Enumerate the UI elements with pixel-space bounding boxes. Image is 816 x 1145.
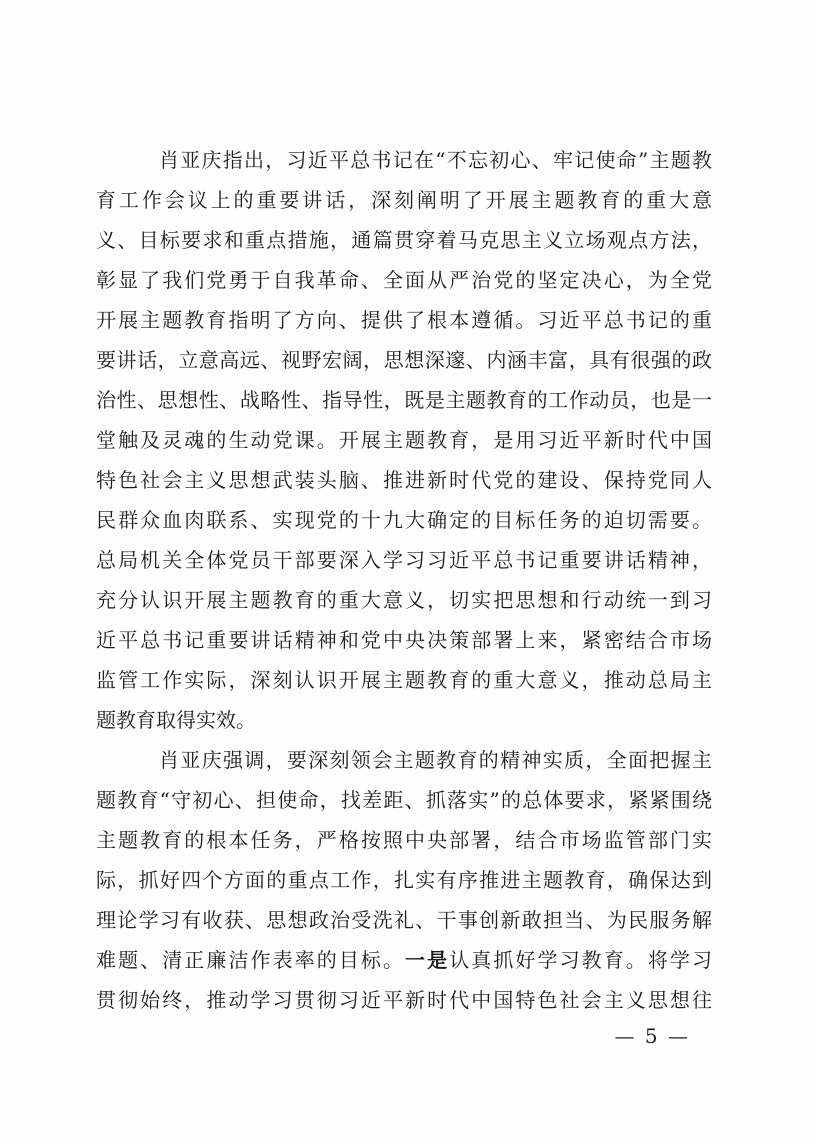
text-line: 题教育取得实效。 — [96, 700, 712, 740]
document-body: 肖亚庆指出，习近平总书记在“不忘初心、牢记使命”主题教 育工作会议上的重要讲话，… — [96, 140, 712, 1020]
paragraph-2: 肖亚庆强调，要深刻领会主题教育的精神实质，全面把握主 题教育“守初心、担使命，找… — [96, 740, 712, 1020]
text-line: 特色社会主义思想武装头脑、推进新时代党的建设、保持党同人 — [96, 460, 712, 500]
text-line: 肖亚庆强调，要深刻领会主题教育的精神实质，全面把握主 — [96, 740, 712, 780]
text-line: 主题教育的根本任务，严格按照中央部署，结合市场监管部门实 — [96, 820, 712, 860]
text-line: 总局机关全体党员干部要深入学习习近平总书记重要讲话精神， — [96, 540, 712, 580]
text-line: 开展主题教育指明了方向、提供了根本遵循。习近平总书记的重 — [96, 300, 712, 340]
text-line: 题教育“守初心、担使命，找差距、抓落实”的总体要求，紧紧围绕 — [96, 780, 712, 820]
text-line: 育工作会议上的重要讲话，深刻阐明了开展主题教育的重大意 — [96, 180, 712, 220]
text-line: 彰显了我们党勇于自我革命、全面从严治党的坚定决心，为全党 — [96, 260, 712, 300]
text-line: 民群众血肉联系、实现党的十九大确定的目标任务的迫切需要。 — [96, 500, 712, 540]
text-line: 肖亚庆指出，习近平总书记在“不忘初心、牢记使命”主题教 — [96, 140, 712, 180]
text-line: 充分认识开展主题教育的重大意义，切实把思想和行动统一到习 — [96, 580, 712, 620]
text-line: 义、目标要求和重点措施，通篇贯穿着马克思主义立场观点方法， — [96, 220, 712, 260]
page-number: — 5 — — [615, 1020, 690, 1052]
text-line: 监管工作实际，深刻认识开展主题教育的重大意义，推动总局主 — [96, 660, 712, 700]
text-line: 堂触及灵魂的生动党课。开展主题教育，是用习近平新时代中国 — [96, 420, 712, 460]
text-line: 近平总书记重要讲话精神和党中央决策部署上来，紧密结合市场 — [96, 620, 712, 660]
document-page: 肖亚庆指出，习近平总书记在“不忘初心、牢记使命”主题教 育工作会议上的重要讲话，… — [0, 0, 816, 1145]
text-segment: 认真抓好学习教育。将学习 — [449, 948, 712, 972]
paragraph-1: 肖亚庆指出，习近平总书记在“不忘初心、牢记使命”主题教 育工作会议上的重要讲话，… — [96, 140, 712, 740]
text-line: 际，抓好四个方面的重点工作，扎实有序推进主题教育，确保达到 — [96, 860, 712, 900]
text-line: 贯彻始终，推动学习贯彻习近平新时代中国特色社会主义思想往 — [96, 980, 712, 1020]
text-segment: 难题、清正廉洁作表率的目标。 — [96, 948, 405, 972]
text-line: 理论学习有收获、思想政治受洗礼、干事创新敢担当、为民服务解 — [96, 900, 712, 940]
bold-text-segment: 一是 — [405, 948, 449, 972]
text-line: 要讲话，立意高远、视野宏阔，思想深邃、内涵丰富，具有很强的政 — [96, 340, 712, 380]
text-line: 治性、思想性、战略性、指导性，既是主题教育的工作动员，也是一 — [96, 380, 712, 420]
text-line-with-emphasis: 难题、清正廉洁作表率的目标。一是认真抓好学习教育。将学习 — [96, 940, 712, 980]
